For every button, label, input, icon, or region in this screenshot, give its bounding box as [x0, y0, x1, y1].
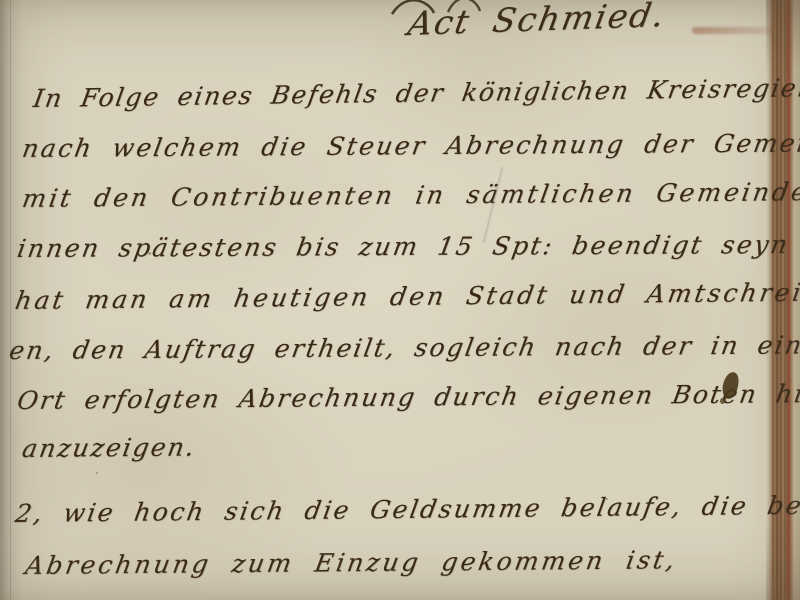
manuscript-page: Act Schmied. In Folge eines Befehls der … [0, 0, 800, 600]
ink-blot-dot [720, 398, 725, 404]
paper-speck [606, 498, 608, 500]
paper-speck [148, 252, 151, 255]
manuscript-line: hat man am heutigen den Stadt und Amtsch… [13, 277, 800, 315]
page-title: Act Schmied. [405, 0, 669, 43]
manuscript-line: anzuzeigen. [20, 432, 198, 463]
gutter-crease [10, 0, 11, 600]
manuscript-line: mit den Contribuenten in sämtlichen Geme… [20, 177, 800, 213]
manuscript-line: nach welchem die Steuer Abrechnung der G… [20, 128, 800, 163]
manuscript-line: In Folge eines Befehls der königlichen K… [31, 72, 800, 113]
manuscript-line: Ort erfolgten Abrechnung durch eigenen B… [15, 379, 800, 415]
paper-speck [338, 566, 341, 568]
manuscript-line: en, den Auftrag ertheilt, sogleich nach … [7, 330, 800, 365]
manuscript-line: 2, wie hoch sich die Geldsumme belaufe, … [13, 490, 800, 528]
faded-ink-smear [692, 27, 774, 34]
manuscript-line: innen spätestens bis zum 15 Spt: beendig… [15, 229, 800, 263]
paper-speck [96, 472, 98, 474]
manuscript-line: Abrechnung zum Einzug gekommen ist, [23, 545, 680, 580]
